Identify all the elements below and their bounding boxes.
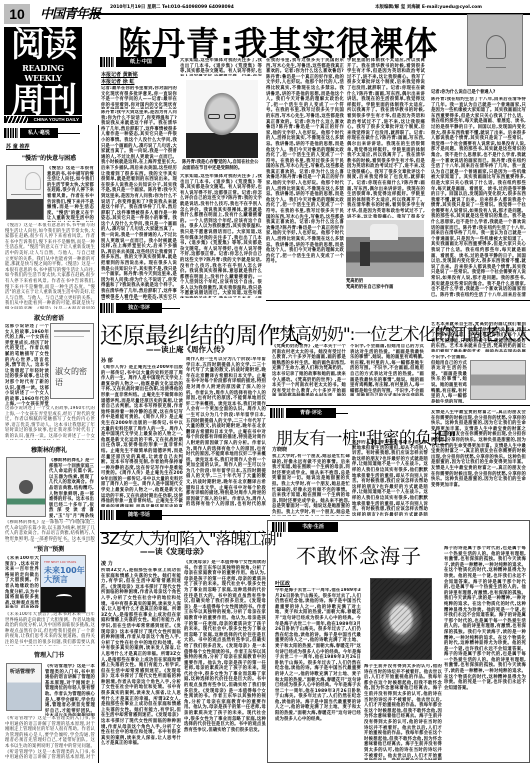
sidebar-divider [98, 125, 99, 763]
friend-body-col3: 友情是人生中最宝贵的财富之一,真正的朋友会在你需要的时候出现,会分担你的忧愁,分… [431, 410, 526, 516]
haizi-headline: 不敢怀念海子 [296, 540, 422, 569]
tag-label: 书房·生活 [288, 522, 338, 532]
tag-bars-icon [100, 510, 114, 520]
brand-title-1: 阅读 [4, 27, 82, 63]
book-cover-lady-secret: 淑女的密语 [50, 323, 94, 399]
stripe-decoration [6, 116, 28, 123]
brand-title-en: READING WEEKLY [4, 63, 82, 83]
tag-label: 随笔·书话 [116, 510, 162, 520]
haizi-section-tag: 书房·生活 [272, 522, 338, 532]
sidebar-item-body: 这部小说讲述了一个女人的故事,1960年代的上海,一个女孩在弄堂里成长,经历了时… [5, 406, 95, 440]
friend-section-tag: 青春·评论 [270, 408, 348, 418]
main-section-tag: 纸上·中国 [100, 57, 166, 67]
tag-label: 私人·毫悦 [20, 128, 58, 138]
haizi-byline: 叶匡政 [275, 580, 290, 587]
3z-byline: 凌 力 [101, 560, 113, 567]
main-body-col2: 大家知道,这些年媒体对我的关注多了,我也出了几本书,《退步集》《荒废集》等等,其… [180, 174, 262, 298]
chen-danqing-portrait [186, 80, 258, 158]
section-divider [266, 300, 530, 301]
fangao-painting [470, 360, 526, 400]
section-divider [266, 405, 530, 406]
cover-title: 未来100年大预言 [44, 566, 85, 584]
cover-portrait-icon [19, 480, 33, 494]
fangao-body-col3b: 不识字,不会画画,但她用自己的方式表达对生活的热爱。"画画是我最快乐的事情",她… [431, 355, 467, 403]
tag-bars-icon [272, 522, 286, 532]
sidebar-item-body: 《未来100年大预言》,这本书对未来一百年世界格局的走向做出了大胆预测。作者从地… [5, 556, 39, 608]
tag-label: 青春·评论 [286, 408, 336, 418]
sidebar-item-body: 《慢活》这是一本很有意思的书,书中描写的慢生活让人向往,如今我们的生活节奏太快,… [5, 223, 95, 309]
zhou-byline: 孙 郁 [101, 357, 113, 364]
sidebar-item-body: 《穆斯林的葬礼》是一部描写一个回族家庭三代人命运的长篇小说,以玉器为线索,展现了… [49, 458, 94, 520]
sidebar-item-title: 穆斯林的葬礼 [4, 445, 94, 454]
fangao-body-col3: 艺术本来就来自生活,梵高奶奶的画让我们看到了最朴素的艺术。她的作品在国内外展出,… [431, 322, 526, 352]
paper-en-label: CHINA YOUTH DAILY [34, 117, 79, 122]
photo-caption: 陈丹青:我是心存警觉的人,自知在社会公众面前在节目中还是受限制的。 [182, 160, 262, 172]
tag-bars-icon [270, 408, 284, 418]
book-cover-management: 听话管理学 [6, 663, 42, 711]
3z-section-tag: 随笔·书话 [100, 510, 270, 520]
sidebar-item-title: "预言"预测 [4, 544, 94, 553]
sidebar-item-body: 这部小说讲述了一个女人的故事,1960年代的上海,一个女孩在弄堂里成长,经历了时… [5, 324, 49, 406]
cover-title: 听话管理学 [10, 668, 35, 675]
sidebar-item-body: 《未来100年大预言》,这本书对未来一百年世界格局的走向做出了大胆预测。作者从地… [5, 612, 95, 646]
cover-bird-icon [56, 594, 72, 600]
friend-body-col2: 这样的人我们身边其实有很多,他们默默地承担着生活的重担,却从不向别人诉苦。有时候… [352, 440, 428, 516]
fangao-body-col2: 不识字,不会画画,但她用自己的方式表达对生活的热爱。"画画是我最快乐的事情",她… [350, 344, 424, 396]
main-body-col3: 在我的书里,我写过很多关于民国的东西,写木心先生,写鲁迅,这些都是我真正喜欢的。… [266, 58, 344, 298]
byline-2: 本报记者 徐 虹 [101, 78, 134, 85]
sidebar-item-body-top: 《慢活》这是一本很有意思的书,书中描写的慢生活让人向往,如今我们的生活节奏太快,… [47, 166, 94, 222]
main-intro: 大家知道,这些年媒体对我的关注多了,我也出了几本书,《退步集》《荒废集》等等,其… [180, 58, 262, 76]
sidebar-author: 苏 童 推荐 [6, 143, 29, 150]
main-lead: 记者:最早在你的书里看到,你对国内的文化现状有很多批评意见,你一直说你不是一个有… [101, 86, 177, 109]
brand-title-2: 周刊 [4, 83, 82, 119]
sidebar-item-title: "慢活"的快意与困惑 [4, 153, 94, 162]
book-cover-slow-life [6, 165, 44, 220]
3z-body-col2: 《发现母亲》是一本值得每个女性阅读的书。作者王东华以其独特的视角,分析了母亲在家… [184, 560, 266, 760]
glasses-left-icon [208, 114, 220, 119]
sidebar-section-tag: 私人·毫悦 [4, 128, 80, 138]
date-line: 2010年1月19日 星期二 Tel:010-64098099 64098094 [110, 4, 234, 10]
3z-body-col1: 所谓3Z女人,是指那些在事业上成功但在家庭和情感上失落的女性。她们有能力,有学识… [101, 568, 181, 760]
tag-bars-icon [4, 128, 18, 138]
3z-subheadline: ——读《发现母亲》 [140, 546, 208, 557]
main-body-col1: 陈丹青:我今天到这里来,是因为有人问我:你为什么不说话了,你变得温和了?我说我从… [101, 110, 177, 300]
tag-bars-icon [100, 57, 114, 67]
right-question: 记者:你为什么说自己是个普通人? [431, 90, 526, 96]
sidebar-item-title: 管理入门书 [4, 650, 94, 659]
fangao-body-col1: 《梵高奶奶的世界》,是一本关于一个河南农村老太太的书。她没有受过什么教育,六十多… [272, 344, 346, 396]
friend-byline: 方晓晓 [272, 446, 287, 453]
cyd-strip: CHINA YOUTH DAILY [4, 116, 82, 123]
cover-title: 淑女的密语 [55, 366, 93, 388]
haizi-body-col1: 今年是海子去世二十一周年,他在1989年3月26日卧轨于山海关。很多年过去了,人… [275, 588, 361, 760]
haizi-body-col2: 海子生前并没有得到太多的认可,他的诗在当时的诗坛并不被看好。他去世以后,人们才开… [364, 664, 442, 760]
zhou-body-col2: 周作人的一生可以分为几个阶段:早年留学日本,五四时期提倡人的文学,二三十年代写了… [186, 357, 266, 507]
sidebar-item-body: 《听话管理学》这是一本管理类的入门书,书中用通俗的语言讲解了管理的基本原理,对于… [5, 716, 95, 760]
byline-1: 本报记者 黄新铭 [101, 71, 138, 78]
friend-body-col1: 我上大学时,有一个朋友,她总是忙忙碌碌的,好像永远有做不完的事情。后来我才知道,… [272, 454, 350, 516]
glasses-right-icon [224, 114, 236, 119]
cover-figure-icon [25, 172, 41, 190]
sidebar-item-body: 《穆斯林的葬礼》是一部描写一个回族家庭三代人命运的长篇小说,以玉器为线索,展现了… [5, 520, 95, 542]
right-body: 陈丹青:我在纽约生活了十八年,回来后在清华待了几年。我一直认为自己就是一个普通画… [431, 97, 526, 297]
section-brand-block: 阅读 READING WEEKLY 周刊 [4, 27, 82, 115]
top-rule [90, 13, 530, 15]
zhou-section-tag: 独立·书评 [100, 303, 180, 313]
fangao-photo-title: 梵高奶奶 [346, 279, 426, 285]
haizi-portrait [370, 578, 432, 660]
book-cover-next-100-years: THE NEXT 100 YEARS 未来100年大预言 [40, 555, 86, 613]
right-book-cover [467, 14, 523, 86]
book-cover-muslim-funeral [6, 457, 46, 517]
zhou-body-col1: 《周作人传》是止庵先生在2009年出版的一部传记,书中以大量的史料还原了周作人的… [101, 365, 183, 507]
tag-bars-icon [100, 303, 114, 313]
haizi-body-col3: 海子的诗是属于那个时代的,也是属于每一个热爱生活的人的。他的诗里有理想,有激情,… [444, 546, 526, 760]
fangao-photo-caption: 梵高奶奶在自己家中作画 [346, 285, 426, 291]
fangao-photo [346, 220, 424, 277]
tag-label: 纸上·中国 [116, 57, 166, 67]
main-body-col4: 学院里面的体制我不太适应,所以我离开了。我在清华教书的时候,看到很多学生有才华,… [347, 58, 425, 218]
tag-label: 独立·书评 [116, 303, 162, 313]
sidebar-item-body: 《听话管理学》这是一本管理类的入门书,书中用通俗的语言讲解了管理的基本原理,对于… [45, 664, 95, 716]
editor-line: 本版编辑/解 玺 刘海颖 E-mail:yuedu@cyol.com [375, 4, 482, 10]
sidebar-item-title: 淑女的密语 [4, 313, 94, 322]
cover-emblem-icon [486, 35, 506, 59]
page-number: 10 [4, 4, 30, 24]
zhou-subheadline: ——读止庵《周作人传》 [146, 344, 229, 355]
